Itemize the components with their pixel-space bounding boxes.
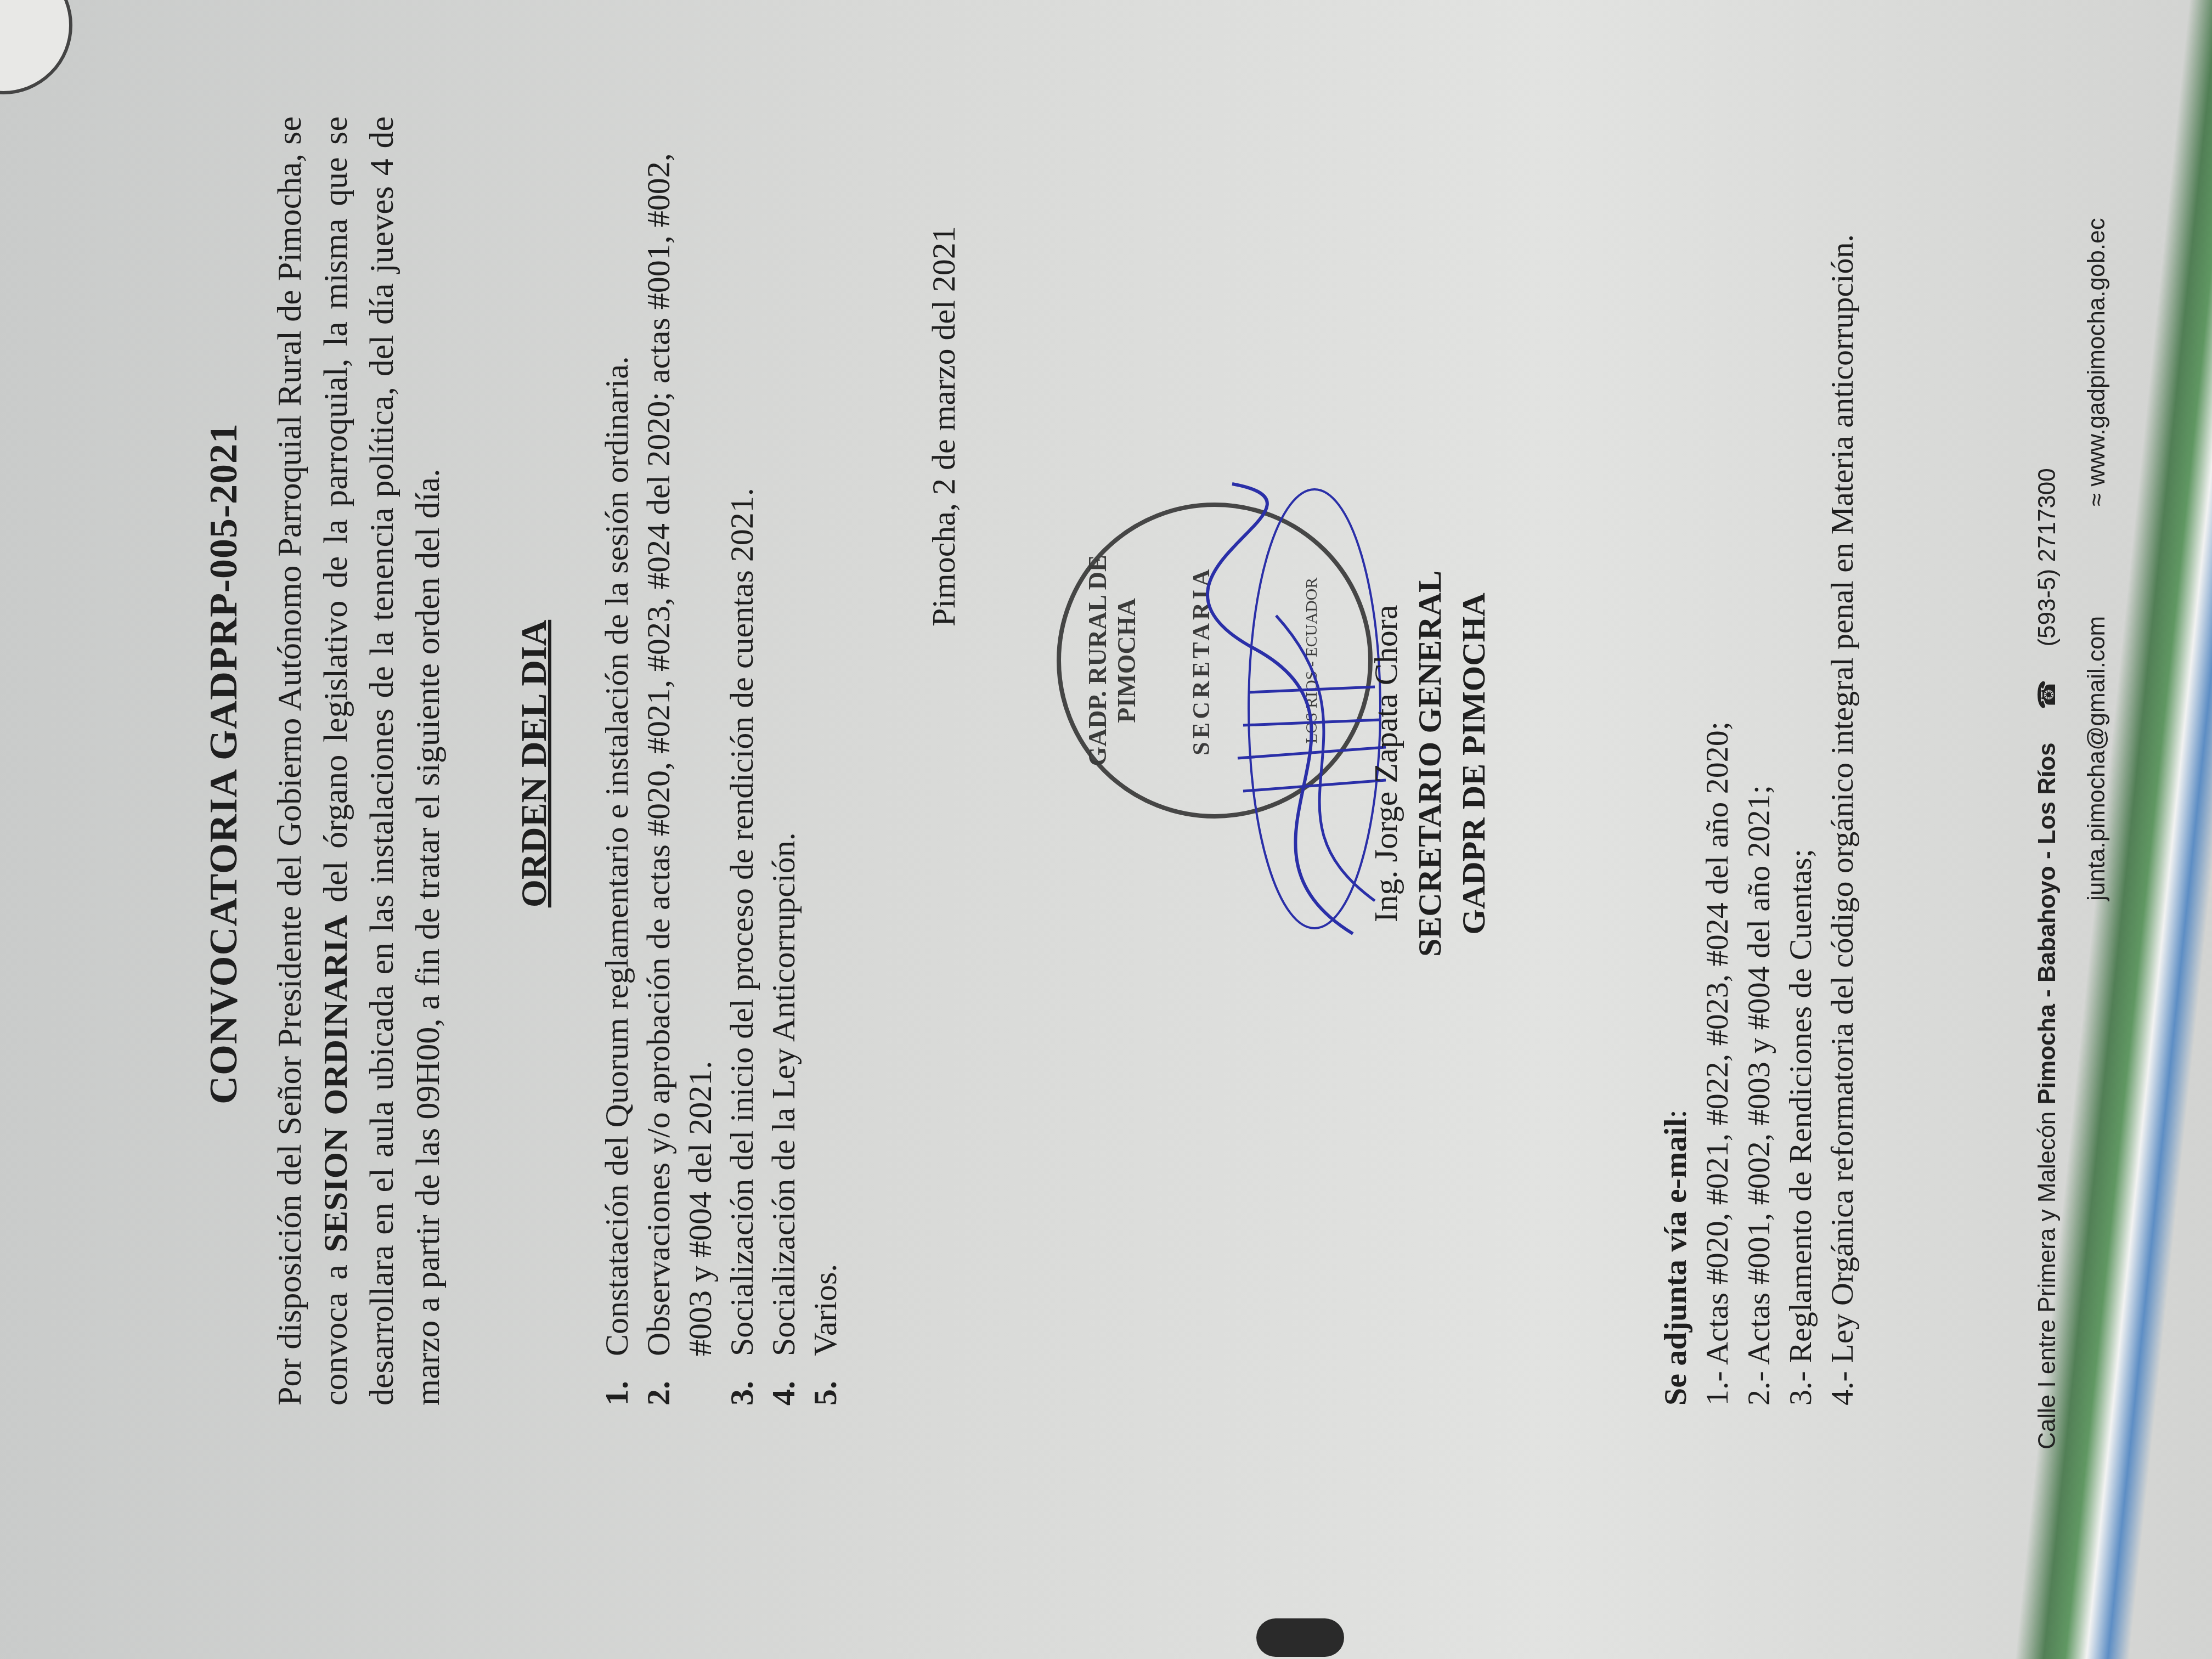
signatory-org: GADPR DE PIMOCHA bbox=[1452, 78, 1496, 1449]
agenda-text: Varios. bbox=[804, 1264, 846, 1356]
signatory-name: Ing. Jorge Zapata Chora bbox=[1364, 78, 1408, 1449]
agenda-item: 3.Socialización del inicio del proceso d… bbox=[721, 116, 763, 1406]
footer-address: Calle I entre Primera y Malecón Pimocha … bbox=[2034, 742, 2061, 1449]
phone-icon: ☎ bbox=[2033, 680, 2061, 710]
address-bold: Pimocha - Babahoyo - Los Ríos bbox=[2034, 742, 2061, 1104]
agenda-number: 5. bbox=[804, 1356, 846, 1406]
agenda-item: 2.Observaciones y/o aprobación de actas … bbox=[637, 116, 721, 1406]
agenda-number: 2. bbox=[637, 1356, 721, 1406]
footer-website[interactable]: www.gadpimocha.gob.ec bbox=[2083, 218, 2110, 486]
attachments-section: Se adjunta vía e-mail: 1.- Actas #020, #… bbox=[1655, 116, 1863, 1406]
agenda-item: 5.Varios. bbox=[804, 116, 846, 1406]
attachments-heading: Se adjunta vía e-mail bbox=[1657, 1118, 1693, 1406]
agenda-text: Socialización de la Ley Anticorrupción. bbox=[763, 832, 804, 1356]
stamp-top-text: GADP. RURAL DE PIMOCHA bbox=[1083, 507, 1141, 814]
agenda-number: 4. bbox=[763, 1356, 804, 1406]
footer-phone: (593-5) 2717300 bbox=[2034, 468, 2061, 646]
signatory-role: SECRETARIO GENERAL bbox=[1408, 78, 1452, 1449]
agenda-heading: ORDEN DEL DIA bbox=[513, 78, 555, 1449]
rotated-document: CONVOCATORIA GADPRP-005-2021 Por disposi… bbox=[36, 34, 2176, 1625]
place-date: Pimocha, 2 de marzo del 2021 bbox=[925, 226, 963, 627]
address-prefix: Calle I entre Primera y Malecón bbox=[2034, 1111, 2061, 1449]
agenda-item: 4.Socialización de la Ley Anticorrupción… bbox=[763, 116, 804, 1406]
attachment-item: 3.- Reglamento de Rendiciones de Cuentas… bbox=[1780, 116, 1821, 1406]
footer: Calle I entre Primera y Malecón Pimocha … bbox=[2033, 0, 2111, 1449]
agenda-number: 3. bbox=[721, 1356, 763, 1406]
attachment-item: 2.- Actas #001, #002, #003 y #004 del añ… bbox=[1738, 116, 1780, 1406]
agenda-text: Socialización del inicio del proceso de … bbox=[721, 488, 763, 1356]
document-title: CONVOCATORIA GADPRP-005-2021 bbox=[201, 78, 246, 1449]
agenda-text: Observaciones y/o aprobación de actas #0… bbox=[637, 116, 721, 1356]
attachment-item: 4.- Ley Orgánica reformatoria del código… bbox=[1821, 116, 1863, 1406]
signatory-block: Ing. Jorge Zapata Chora SECRETARIO GENER… bbox=[1364, 78, 1496, 1449]
wifi-icon: ≈ bbox=[2083, 493, 2110, 506]
agenda-item: 1.Constatación del Quorum reglamentario … bbox=[596, 116, 637, 1406]
binder-hole bbox=[1256, 1618, 1344, 1657]
convocation-paragraph: Por disposición del Señor Presidente del… bbox=[267, 116, 451, 1406]
paragraph-bold: SESION ORDINARIA bbox=[317, 915, 354, 1252]
attachment-item: 1.- Actas #020, #021, #022, #023, #024 d… bbox=[1696, 116, 1738, 1406]
agenda-list: 1.Constatación del Quorum reglamentario … bbox=[596, 116, 846, 1406]
agenda-number: 1. bbox=[596, 1356, 637, 1406]
footer-email[interactable]: junta.pimocha@gmail.com bbox=[2083, 616, 2111, 901]
agenda-text: Constatación del Quorum reglamentario e … bbox=[596, 356, 637, 1356]
